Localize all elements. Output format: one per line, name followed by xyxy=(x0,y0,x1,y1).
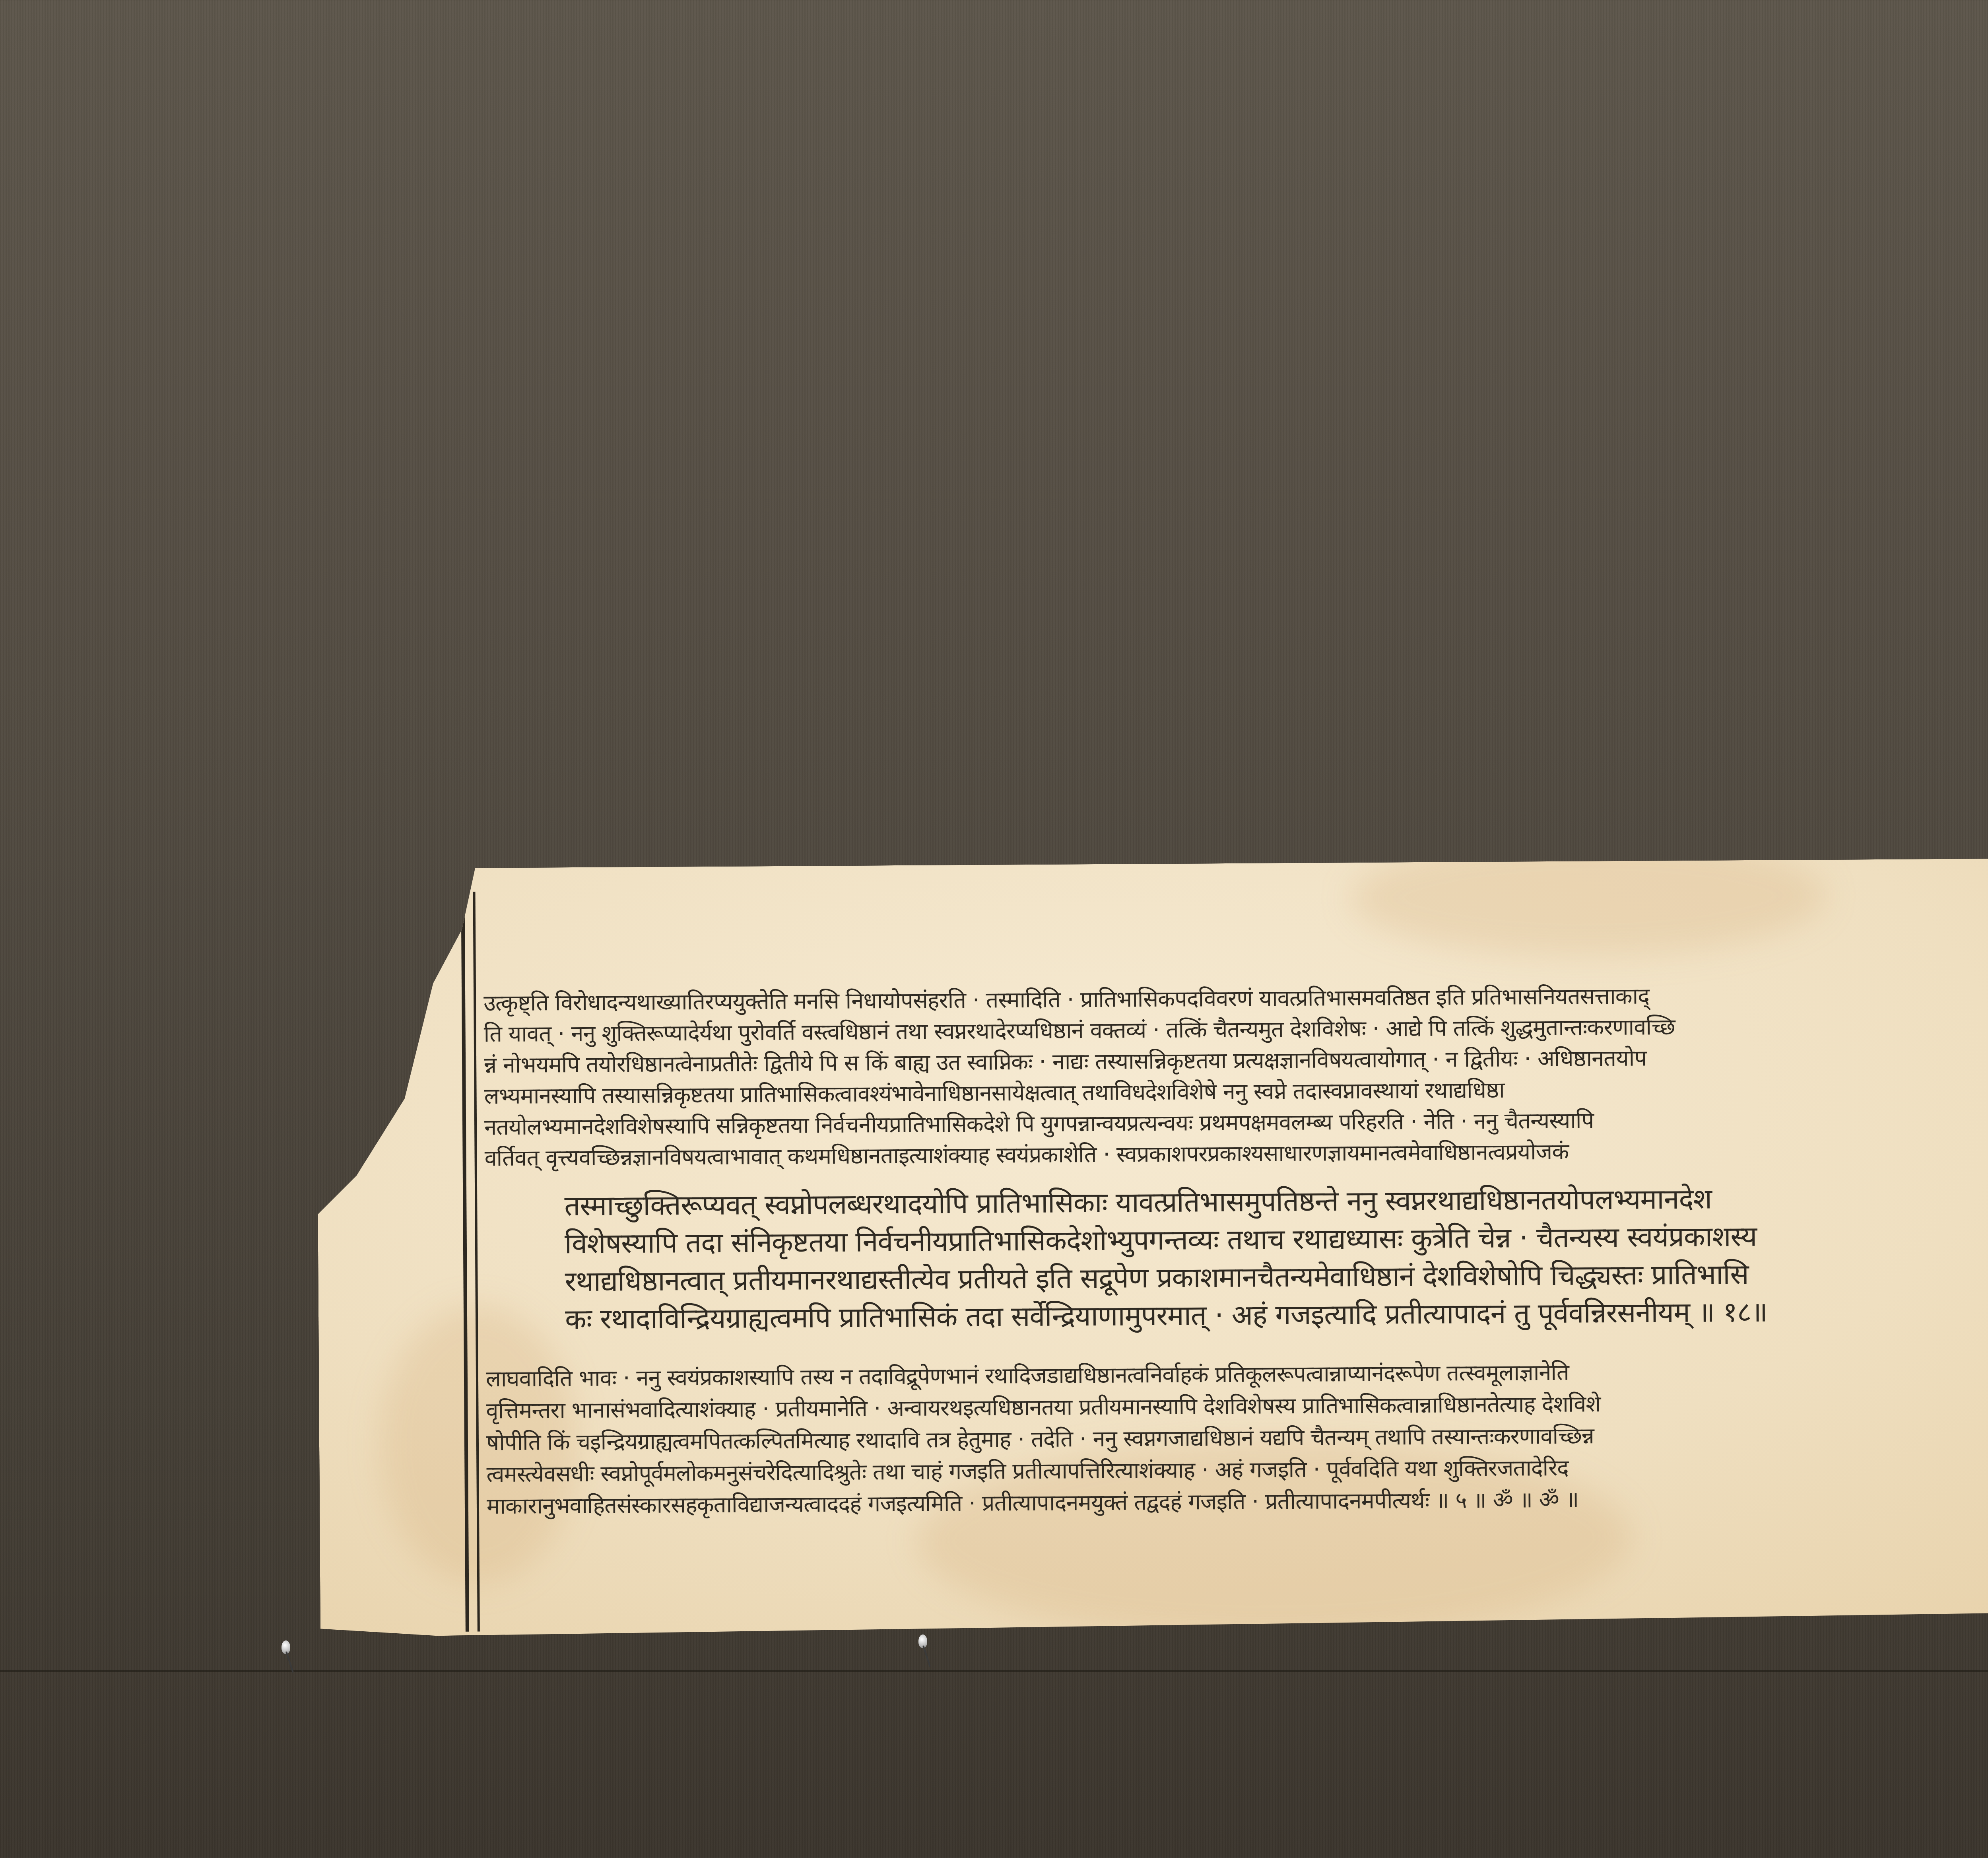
board-seam xyxy=(0,1670,1988,1672)
pin-icon xyxy=(918,1634,927,1648)
manuscript-leaf: उत्कृष्ट्ति विरोधादन्यथाख्यातिरप्ययुक्ते… xyxy=(316,857,1988,1636)
pin-icon xyxy=(282,1640,290,1654)
water-stain xyxy=(1349,836,1827,958)
